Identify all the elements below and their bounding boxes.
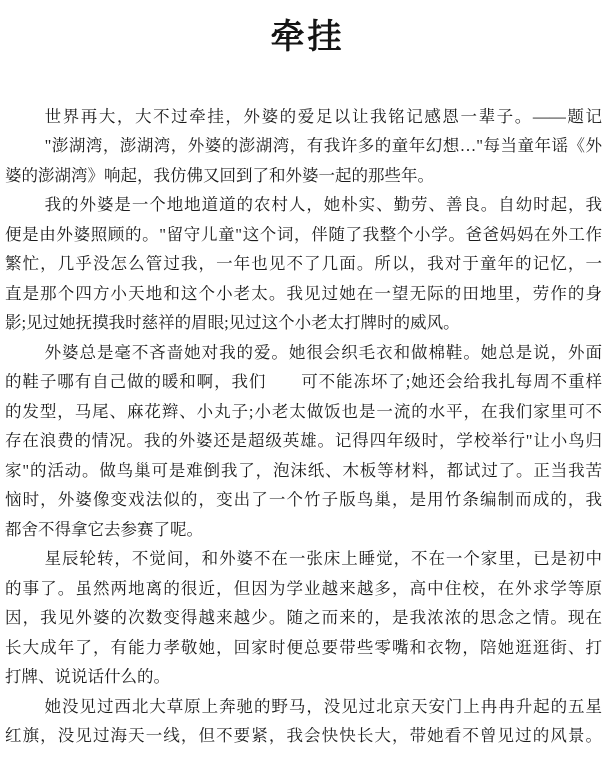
essay-line: 繁忙，几乎没怎么管过我，一年也见不了几面。所以，我对于童年的记忆，一: [5, 249, 602, 279]
essay-line: 的事了。虽然两地离的很近，但因为学业越来越多，高中住校，在外求学等原: [5, 574, 602, 604]
essay-line: 的发型，马尾、麻花辫、小丸子;小老太做饭也是一流的水平，在我们家里可不: [5, 397, 602, 427]
essay-line: 婆的澎湖湾》响起，我仿佛又回到了和外婆一起的那些年。: [5, 161, 602, 191]
essay-line: 打牌、说说话什么的。: [5, 662, 602, 692]
paragraph-closing: 她没见过西北大草原上奔驰的野马，没见过北京天安门上冉冉升起的五星 红旗，没见过海…: [5, 692, 602, 751]
paragraph-song: "澎湖湾，澎湖湾，外婆的澎湖湾，有我许多的童年幻想…"每当童年谣《外 婆的澎湖湾…: [5, 131, 602, 190]
essay-line: 家"的活动。做鸟巢可是难倒我了，泡沫纸、木板等材料，都试过了。正当我苦: [5, 456, 602, 486]
essay-line: 我的外婆是一个地地道道的农村人，她朴实、勤劳、善良。自幼时起，我: [5, 190, 602, 220]
essay-line: 世界再大，大不过牵挂，外婆的爱足以让我铭记感恩一辈子。——题记: [5, 102, 602, 132]
essay-line: 星辰轮转，不觉间，和外婆不在一张床上睡觉，不在一个家里，已是初中: [5, 544, 602, 574]
paragraph-growing-apart: 星辰轮转，不觉间，和外婆不在一张床上睡觉，不在一个家里，已是初中 的事了。虽然两…: [5, 544, 602, 692]
essay-title: 牵挂: [0, 0, 615, 61]
paragraph-childhood: 我的外婆是一个地地道道的农村人，她朴实、勤劳、善良。自幼时起，我 便是由外婆照顾…: [5, 190, 602, 338]
essay-line: 长大成年了，有能力孝敬她，回家时便总要带些零嘴和衣物，陪她逛逛街、打: [5, 633, 602, 663]
essay-line: 存在浪费的情况。我的外婆还是超级英雄。记得四年级时，学校举行"让小鸟归: [5, 426, 602, 456]
essay-line: 便是由外婆照顾的。"留守儿童"这个词，伴随了我整个小学。爸爸妈妈在外工作: [5, 220, 602, 250]
essay-line: 影;见过她抚摸我时慈祥的眉眼;见过这个小老太打牌时的威风。: [5, 308, 602, 338]
essay-line: "澎湖湾，澎湖湾，外婆的澎湖湾，有我许多的童年幻想…"每当童年谣《外: [5, 131, 602, 161]
essay-line: 恼时，外婆像变戏法似的，变出了一个竹子版鸟巢，是用竹条编制而成的，我: [5, 485, 602, 515]
essay-line: 的鞋子哪有自己做的暖和啊，我们 可不能冻坏了;她还会给我扎每周不重样: [5, 367, 602, 397]
paragraph-grandma-love: 外婆总是毫不吝啬她对我的爱。她很会织毛衣和做棉鞋。她总是说，外面 的鞋子哪有自己…: [5, 338, 602, 545]
essay-body: 世界再大，大不过牵挂，外婆的爱足以让我铭记感恩一辈子。——题记 "澎湖湾，澎湖湾…: [0, 102, 615, 751]
paragraph-epigraph: 世界再大，大不过牵挂，外婆的爱足以让我铭记感恩一辈子。——题记: [5, 102, 602, 132]
essay-line: 她没见过西北大草原上奔驰的野马，没见过北京天安门上冉冉升起的五星: [5, 692, 602, 722]
essay-line: 直是那个四方小天地和这个小老太。我见过她在一望无际的田地里，劳作的身: [5, 279, 602, 309]
essay-line: 红旗，没见过海天一线，但不要紧，我会快快长大，带她看不曾见过的风景。: [5, 721, 602, 751]
essay-line: 外婆总是毫不吝啬她对我的爱。她很会织毛衣和做棉鞋。她总是说，外面: [5, 338, 602, 368]
essay-line: 因，我见外婆的次数变得越来越少。随之而来的，是我浓浓的思念之情。现在: [5, 603, 602, 633]
document-page: 牵挂 世界再大，大不过牵挂，外婆的爱足以让我铭记感恩一辈子。——题记 "澎湖湾，…: [0, 0, 615, 778]
essay-line: 都舍不得拿它去参赛了呢。: [5, 515, 602, 545]
